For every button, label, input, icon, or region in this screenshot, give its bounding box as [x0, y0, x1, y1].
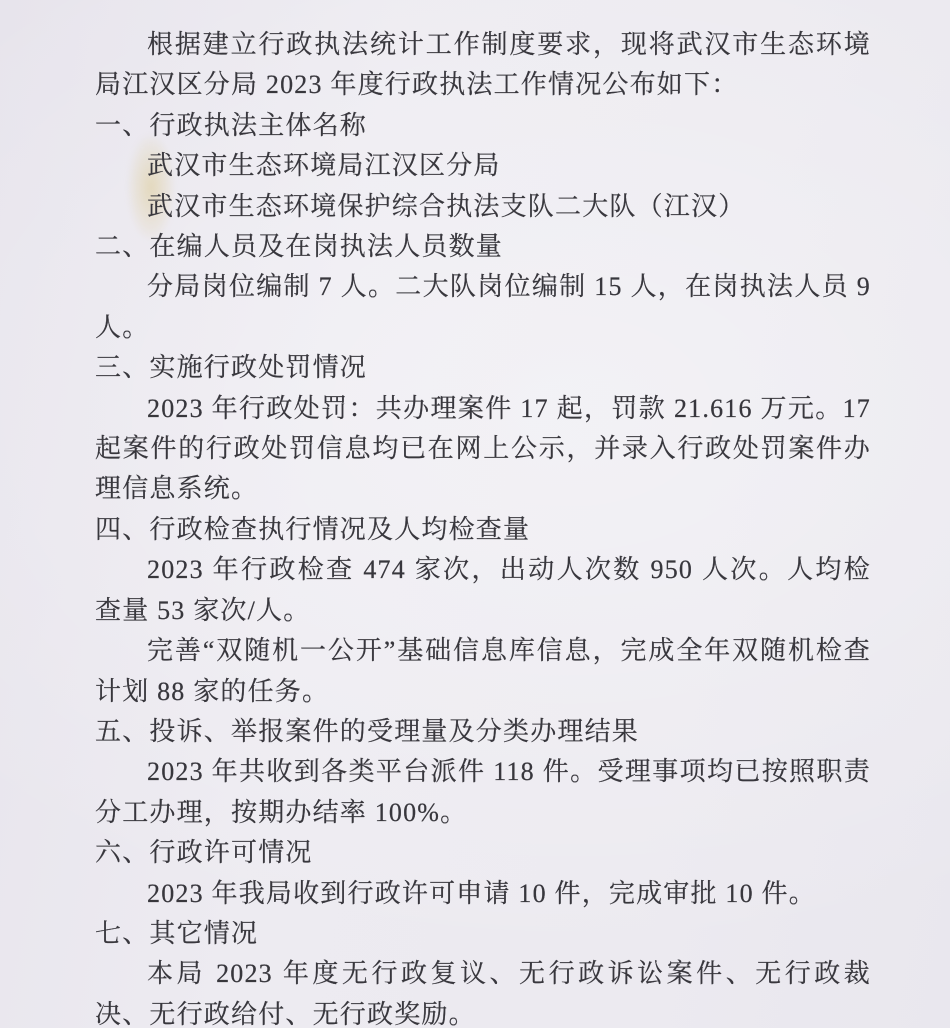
paragraph: 完善“双随机一公开”基础信息库信息，完成全年双随机检查计划 88 家的任务。: [95, 631, 871, 712]
paragraph: 2023 年行政检查 474 家次，出动人次数 950 人次。人均检查量 53 …: [95, 550, 871, 631]
section-heading: 五、投诉、举报案件的受理量及分类办理结果: [95, 712, 871, 752]
paragraph: 2023 年我局收到行政许可申请 10 件，完成审批 10 件。: [95, 874, 871, 914]
section-heading: 七、其它情况: [95, 914, 871, 954]
paragraph: 本局 2023 年度无行政复议、无行政诉讼案件、无行政裁决、无行政给付、无行政奖…: [95, 954, 871, 1028]
section-heading: 二、在编人员及在岗执法人员数量: [95, 227, 871, 267]
section-heading: 六、行政许可情况: [95, 833, 871, 873]
scanned-document-page: 根据建立行政执法统计工作制度要求，现将武汉市生态环境局江汉区分局 2023 年度…: [0, 0, 950, 1028]
paragraph: 2023 年共收到各类平台派件 118 件。受理事项均已按照职责分工办理，按期办…: [95, 752, 871, 833]
paragraph: 武汉市生态环境保护综合执法支队二大队（江汉）: [95, 187, 871, 227]
paragraph: 武汉市生态环境局江汉区分局: [95, 146, 871, 186]
document-body: 根据建立行政执法统计工作制度要求，现将武汉市生态环境局江汉区分局 2023 年度…: [95, 25, 871, 1028]
paragraph: 分局岗位编制 7 人。二大队岗位编制 15 人，在岗执法人员 9 人。: [95, 267, 871, 348]
section-heading: 三、实施行政处罚情况: [95, 348, 871, 388]
paragraph: 根据建立行政执法统计工作制度要求，现将武汉市生态环境局江汉区分局 2023 年度…: [95, 25, 871, 106]
paragraph: 2023 年行政处罚：共办理案件 17 起，罚款 21.616 万元。17 起案…: [95, 389, 871, 510]
section-heading: 一、行政执法主体名称: [95, 106, 871, 146]
section-heading: 四、行政检查执行情况及人均检查量: [95, 510, 871, 550]
